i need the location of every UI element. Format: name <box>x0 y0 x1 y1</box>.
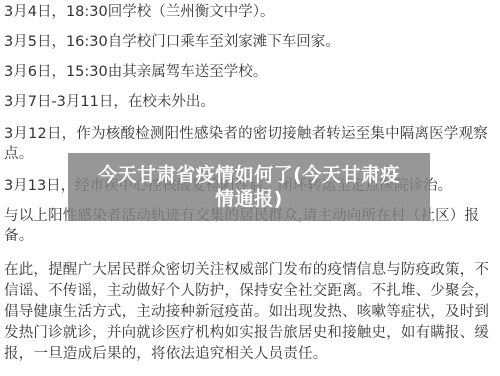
paragraph-reminder: 在此，提醒广大居民群众密切关注权威部门发布的疫情信息与防疫政策，不信谣、不传谣，… <box>4 260 492 365</box>
paragraph-mar5: 3月5日，16:30自学校门口乘车至刘家滩下车回家。 <box>4 32 340 52</box>
paragraph-mar6: 3月6日，15:30由其亲属驾车送至学校。 <box>4 62 267 82</box>
title-overlay-banner: 今天甘肃省疫情如何了(今天甘肃疫情通报) <box>68 153 430 221</box>
overlay-title: 今天甘肃省疫情如何了(今天甘肃疫情通报) <box>89 163 409 211</box>
paragraph-mar4: 3月4日，18:30回学校（兰州衡文中学）。 <box>4 2 275 22</box>
paragraph-mar7-11: 3月7日-3月11日，在校未外出。 <box>4 92 215 112</box>
